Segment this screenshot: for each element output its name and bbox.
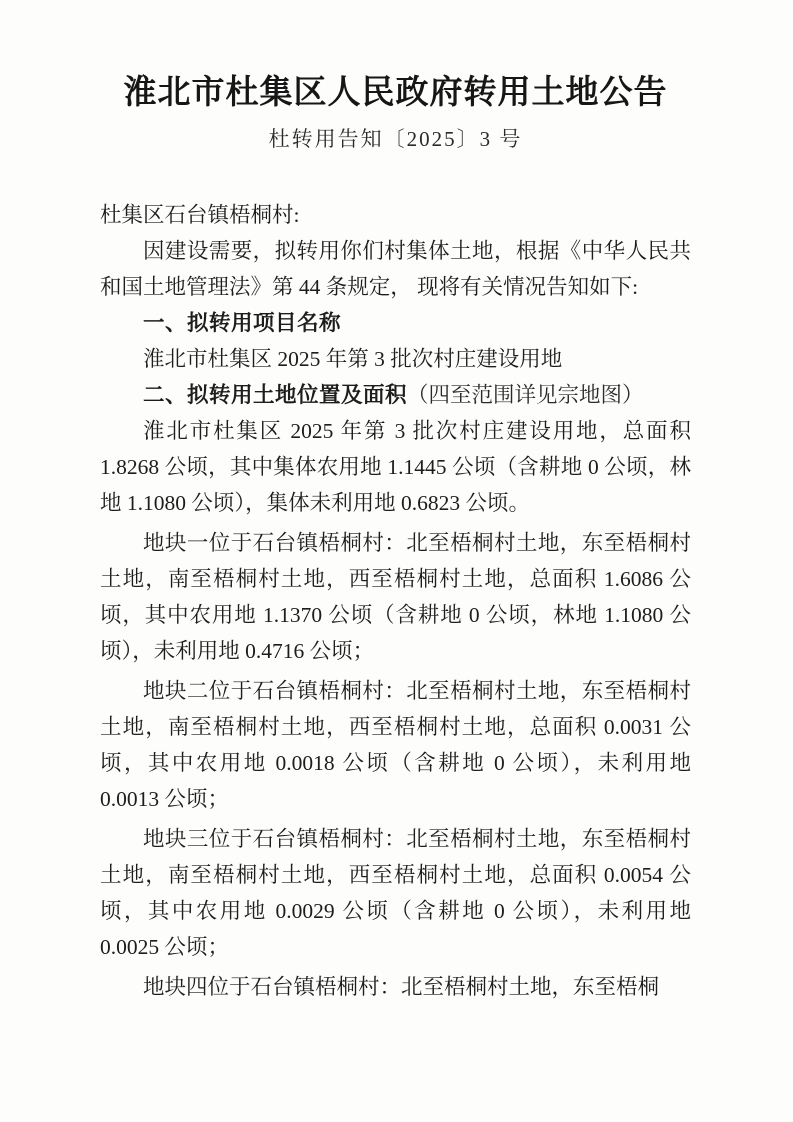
parcel-4-paragraph: 地块四位于石台镇梧桐村：北至梧桐村土地，东至梧桐 (100, 969, 691, 1005)
document-page: 淮北市杜集区人民政府转用土地公告 杜转用告知〔2025〕3 号 杜集区石台镇梧桐… (0, 0, 793, 1122)
land-summary-paragraph: 淮北市杜集区 2025 年第 3 批次村庄建设用地，总面积 1.8268 公顷，… (100, 413, 691, 521)
section-2-heading-line: 二、拟转用土地位置及面积（四至范围详见宗地图） (100, 377, 691, 413)
project-name-paragraph: 淮北市杜集区 2025 年第 3 批次村庄建设用地 (100, 341, 691, 377)
salutation: 杜集区石台镇梧桐村: (100, 197, 691, 233)
section-2-heading: 二、拟转用土地位置及面积 (143, 383, 407, 407)
document-title: 淮北市杜集区人民政府转用土地公告 (100, 70, 691, 116)
parcel-1-paragraph: 地块一位于石台镇梧桐村：北至梧桐村土地，东至梧桐村土地，南至梧桐村土地，西至梧桐… (100, 525, 691, 669)
parcel-2-paragraph: 地块二位于石台镇梧桐村：北至梧桐村土地，东至梧桐村土地，南至梧桐村土地，西至梧桐… (100, 673, 691, 817)
document-body: 杜集区石台镇梧桐村: 因建设需要，拟转用你们村集体土地，根据《中华人民共和国土地… (100, 197, 691, 1005)
section-2-note: （四至范围详见宗地图） (407, 383, 644, 407)
document-number: 杜转用告知〔2025〕3 号 (100, 123, 691, 155)
section-1-heading: 一、拟转用项目名称 (100, 305, 691, 341)
parcel-3-paragraph: 地块三位于石台镇梧桐村：北至梧桐村土地，东至梧桐村土地，南至梧桐村土地，西至梧桐… (100, 821, 691, 965)
intro-paragraph: 因建设需要，拟转用你们村集体土地，根据《中华人民共和国土地管理法》第 44 条规… (100, 233, 691, 305)
